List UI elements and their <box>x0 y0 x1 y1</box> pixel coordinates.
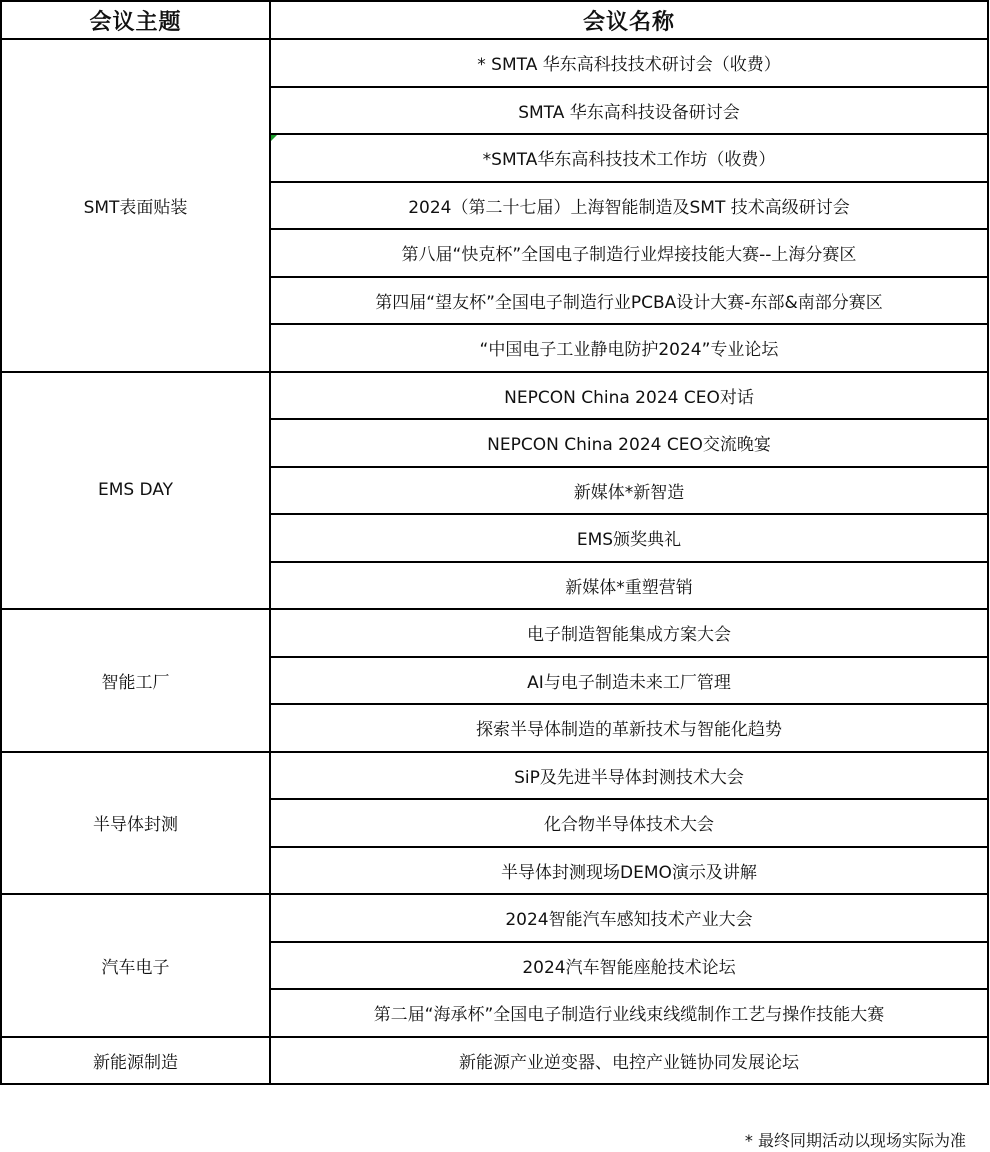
table-row: 汽车电子 2024智能汽车感知技术产业大会 <box>1 894 988 942</box>
header-name: 会议名称 <box>270 1 988 39</box>
topic-cell-automotive: 汽车电子 <box>1 894 270 1037</box>
session-cell: 第四届“望友杯”全国电子制造行业PCBA设计大赛-东部&南部分赛区 <box>270 277 988 325</box>
table-row: 半导体封测 SiP及先进半导体封测技术大会 <box>1 752 988 800</box>
header-topic: 会议主题 <box>1 1 270 39</box>
session-cell: NEPCON China 2024 CEO交流晚宴 <box>270 419 988 467</box>
session-cell: EMS颁奖典礼 <box>270 514 988 562</box>
session-cell: SMTA 华东高科技设备研讨会 <box>270 87 988 135</box>
session-cell: 2024（第二十七届）上海智能制造及SMT 技术高级研讨会 <box>270 182 988 230</box>
footnote: * 最终同期活动以现场实际为准 <box>745 1128 966 1151</box>
cell-comment-marker-icon <box>271 135 277 141</box>
session-cell: * SMTA 华东高科技技术研讨会（收费） <box>270 39 988 87</box>
topic-cell-semiconductor: 半导体封测 <box>1 752 270 895</box>
session-cell: SiP及先进半导体封测技术大会 <box>270 752 988 800</box>
session-cell: NEPCON China 2024 CEO对话 <box>270 372 988 420</box>
conference-schedule-table: 会议主题 会议名称 SMT表面贴装 * SMTA 华东高科技技术研讨会（收费） … <box>0 0 989 1085</box>
session-cell: 2024智能汽车感知技术产业大会 <box>270 894 988 942</box>
table-row: EMS DAY NEPCON China 2024 CEO对话 <box>1 372 988 420</box>
session-cell: 2024汽车智能座舱技术论坛 <box>270 942 988 990</box>
session-cell: 新能源产业逆变器、电控产业链协同发展论坛 <box>270 1037 988 1085</box>
session-label: *SMTA华东高科技技术工作坊（收费） <box>483 150 776 170</box>
session-cell: 第八届“快克杯”全国电子制造行业焊接技能大赛--上海分赛区 <box>270 229 988 277</box>
header-row: 会议主题 会议名称 <box>1 1 988 39</box>
session-cell: 探索半导体制造的革新技术与智能化趋势 <box>270 704 988 752</box>
table-row: 新能源制造 新能源产业逆变器、电控产业链协同发展论坛 <box>1 1037 988 1085</box>
session-cell: 新媒体*新智造 <box>270 467 988 515</box>
session-cell: 新媒体*重塑营销 <box>270 562 988 610</box>
session-cell: 化合物半导体技术大会 <box>270 799 988 847</box>
table-row: 智能工厂 电子制造智能集成方案大会 <box>1 609 988 657</box>
topic-cell-smart-factory: 智能工厂 <box>1 609 270 752</box>
session-cell: AI与电子制造未来工厂管理 <box>270 657 988 705</box>
topic-cell-smt: SMT表面贴装 <box>1 39 270 372</box>
topic-cell-ems-day: EMS DAY <box>1 372 270 610</box>
session-cell: 半导体封测现场DEMO演示及讲解 <box>270 847 988 895</box>
session-cell: 第二届“海承杯”全国电子制造行业线束线缆制作工艺与操作技能大赛 <box>270 989 988 1037</box>
topic-cell-new-energy: 新能源制造 <box>1 1037 270 1085</box>
session-cell: *SMTA华东高科技技术工作坊（收费） <box>270 134 988 182</box>
session-cell: 电子制造智能集成方案大会 <box>270 609 988 657</box>
session-cell: “中国电子工业静电防护2024”专业论坛 <box>270 324 988 372</box>
table-row: SMT表面贴装 * SMTA 华东高科技技术研讨会（收费） <box>1 39 988 87</box>
